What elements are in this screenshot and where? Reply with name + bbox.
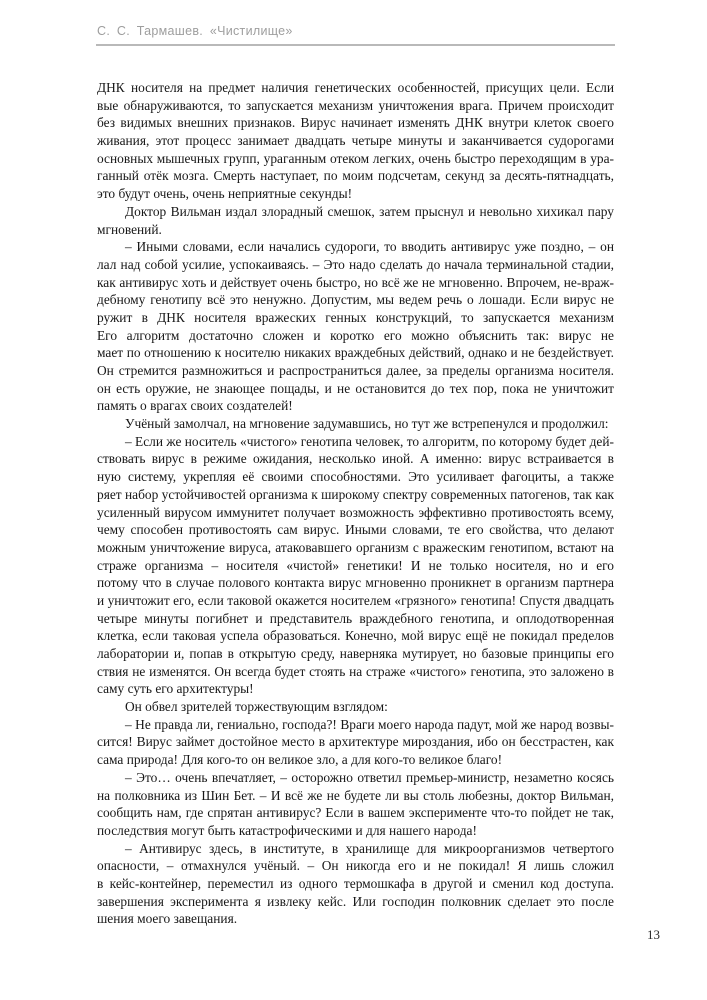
text-line: завершения эксперимента я извлеку кейс. … <box>97 893 614 911</box>
page-number: 13 <box>647 927 660 943</box>
paragraph: Он обвел зрителей торжествующим взглядом… <box>97 698 614 716</box>
text-line: дебному генотипу всё это ненужно. Допуст… <box>97 291 614 309</box>
text-line: можным уничтожение вируса, атаковавшего … <box>97 539 614 557</box>
book-page: С. С. Тармашев. «Чистилище» ДНК носителя… <box>0 0 707 1000</box>
text-line: ствовать вирус в режиме ожидания, нескол… <box>97 450 614 468</box>
text-line: – Не правда ли, гениально, господа?! Вра… <box>97 716 614 734</box>
text-line: усиленный вирусом иммунитет получает воз… <box>97 504 614 522</box>
text-line: живания, этот процесс занимает двадцать … <box>97 132 614 150</box>
running-title: С. С. Тармашев. «Чистилище» <box>97 24 615 38</box>
text-line: в кейс-контейнер, переместил из одного т… <box>97 875 614 893</box>
text-line: – Иными словами, если начались судороги,… <box>97 238 614 256</box>
text-line: сится! Вирус займет достойное место в ар… <box>97 733 614 751</box>
paragraph: ДНК носителя на предмет наличия генетиче… <box>97 79 614 203</box>
text-line: клетка, если таковая успела образоваться… <box>97 627 614 645</box>
text-line: мгновений. <box>97 221 614 239</box>
text-line: ружит в ДНК носителя вражеских генных ко… <box>97 309 614 327</box>
paragraph: – Антивирус здесь, в институте, в хранил… <box>97 840 614 928</box>
text-line: Он обвел зрителей торжествующим взглядом… <box>97 698 614 716</box>
text-line: ствия не изменятся. Он всегда будет стоя… <box>97 663 614 681</box>
text-line: ряет набор устойчивостей организма к шир… <box>97 486 614 504</box>
text-line: как антивирус хоть и действует очень быс… <box>97 274 614 292</box>
text-line: – Если же носитель «чистого» генотипа че… <box>97 433 614 451</box>
text-line: Доктор Вильман издал злорадный смешок, з… <box>97 203 614 221</box>
text-line: Его алгоритм достаточно сложен и коротко… <box>97 327 614 345</box>
text-line: и уничтожит его, если таковой окажется н… <box>97 592 614 610</box>
text-line: память о врагах своих создателей! <box>97 397 614 415</box>
text-line: ДНК носителя на предмет наличия генетиче… <box>97 79 614 97</box>
paragraph: – Если же носитель «чистого» генотипа че… <box>97 433 614 698</box>
text-line: сама природа! Для кого-то он великое зло… <box>97 751 614 769</box>
paragraph: Учёный замолчал, на мгновение задумавшис… <box>97 415 614 433</box>
text-line: чему способен противостоять сам вирус. И… <box>97 521 614 539</box>
text-line: потому что в случае полового контакта ви… <box>97 574 614 592</box>
header-divider <box>96 44 615 46</box>
text-line: лал над собой усилие, успокаиваясь. – Эт… <box>97 256 614 274</box>
text-line: страже организма – носителя «чистой» ген… <box>97 557 614 575</box>
text-line: – Антивирус здесь, в институте, в хранил… <box>97 840 614 858</box>
text-line: он есть оружие, не знающее пощады, и не … <box>97 380 614 398</box>
text-line: ную систему, укрепляя её своими способно… <box>97 468 614 486</box>
text-line: лаборатории и, попав в открытую среду, н… <box>97 645 614 663</box>
text-line: вые обнаруживаются, то запускается механ… <box>97 97 614 115</box>
text-line: это будут очень, очень неприятные секунд… <box>97 185 614 203</box>
text-line: саму суть его архитектуры! <box>97 680 614 698</box>
text-line: Он стремится размножиться и распространи… <box>97 362 614 380</box>
paragraph: – Иными словами, если начались судороги,… <box>97 238 614 415</box>
text-line: ганный отёк мозга. Смерть наступает, по … <box>97 167 614 185</box>
paragraph: Доктор Вильман издал злорадный смешок, з… <box>97 203 614 238</box>
text-line: опасности, – отмахнулся учёный. – Он ник… <box>97 857 614 875</box>
text-line: четыре минуты погибнет и представитель в… <box>97 610 614 628</box>
text-line: Учёный замолчал, на мгновение задумавшис… <box>97 415 614 433</box>
text-line: последствия могут быть катастрофическими… <box>97 822 614 840</box>
page-body: ДНК носителя на предмет наличия генетиче… <box>97 79 614 928</box>
paragraph: – Это… очень впечатляет, – осторожно отв… <box>97 769 614 840</box>
text-line: – Это… очень впечатляет, – осторожно отв… <box>97 769 614 787</box>
text-line: мает по отношению к носителю никаких вра… <box>97 344 614 362</box>
text-line: шения моего завещания. <box>97 910 614 928</box>
text-line: основных мышечных групп, ураганным отеко… <box>97 150 614 168</box>
text-line: на полковника из Шин Бет. – И всё же не … <box>97 787 614 805</box>
text-line: сообщить нам, где спрятан антивирус? Есл… <box>97 804 614 822</box>
text-line: без видимых внешних признаков. Вирус нач… <box>97 114 614 132</box>
paragraph: – Не правда ли, гениально, господа?! Вра… <box>97 716 614 769</box>
